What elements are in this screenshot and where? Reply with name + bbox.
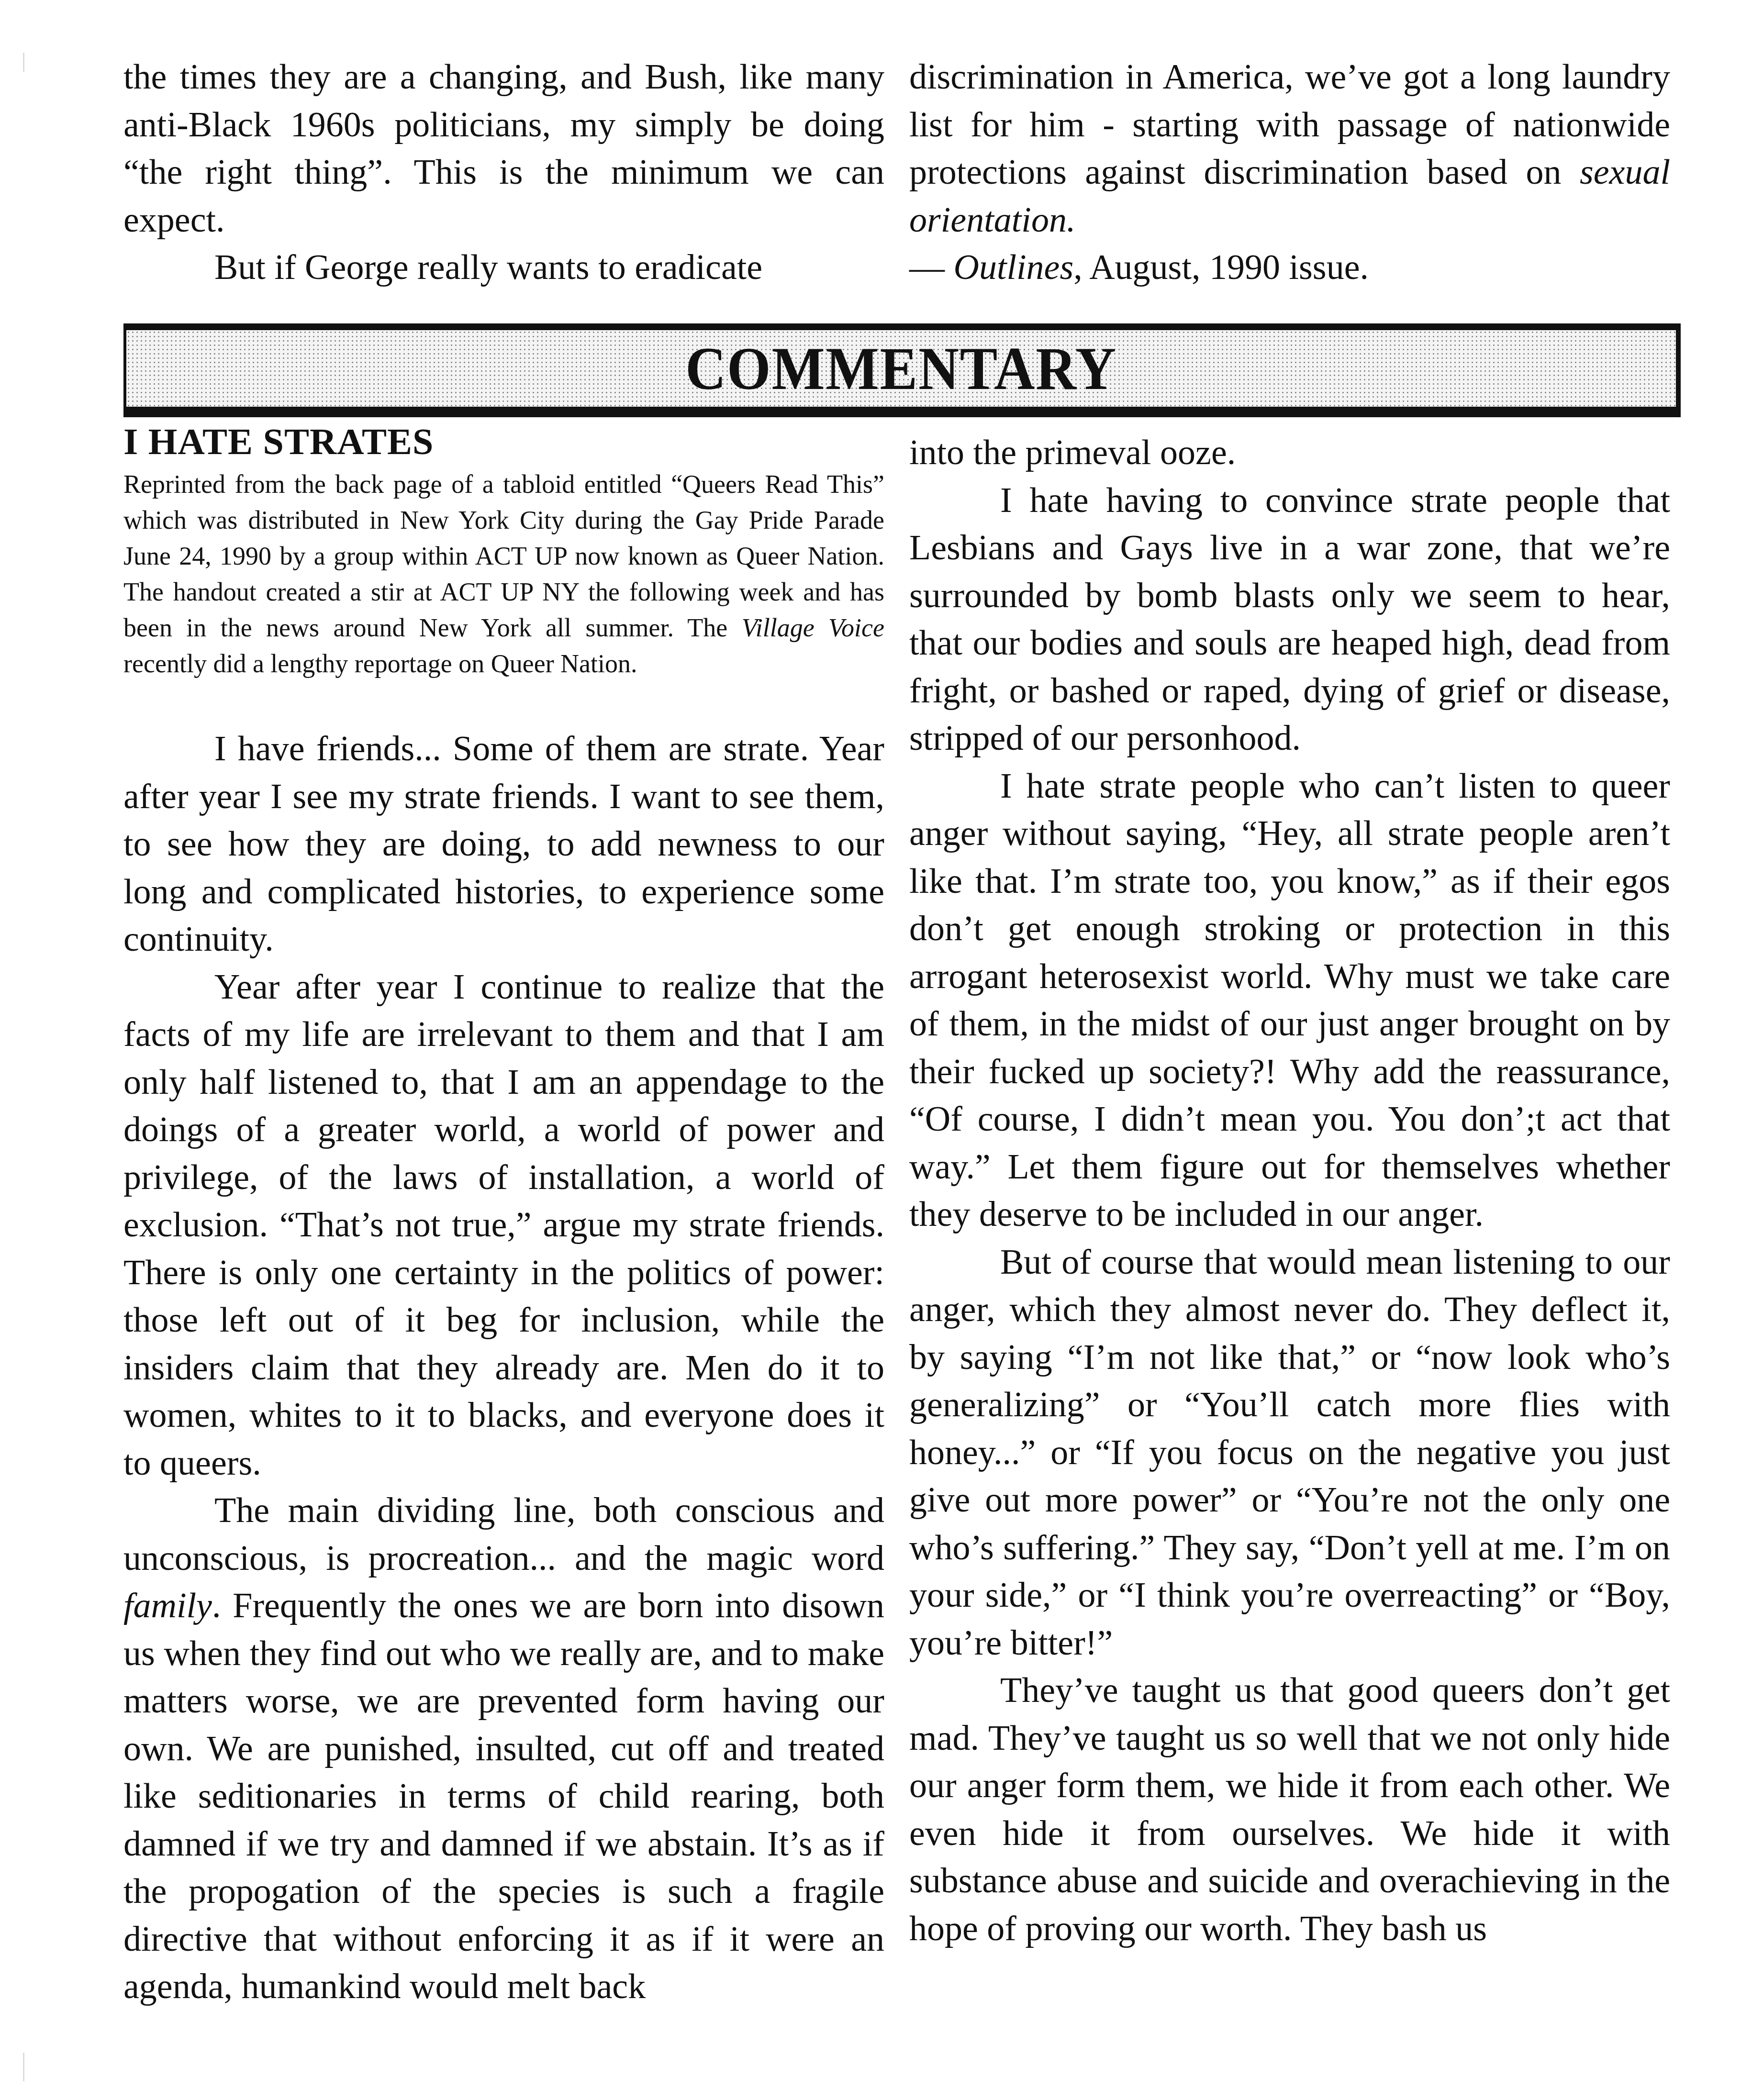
previous-article-right-column: discrimination in America, we’ve got a l… — [909, 54, 1670, 292]
paragraph-continuation: into the primeval ooze. — [909, 429, 1670, 477]
article-right-column: into the primeval ooze. I hate having to… — [909, 429, 1670, 1953]
article-left-column: I have friends... Some of them are strat… — [123, 725, 884, 2011]
section-title: COMMENTARY — [685, 338, 1117, 399]
citation-date: , August, 1990 issue. — [1073, 248, 1369, 287]
section-banner: COMMENTARY — [123, 323, 1681, 417]
paragraph: discrimination in America, we’ve got a l… — [909, 54, 1670, 244]
source-citation: — Outlines, August, 1990 issue. — [909, 244, 1670, 292]
intro-text: recently did a lengthy reportage on Quee… — [123, 649, 637, 678]
paragraph: I hate strate people who can’t listen to… — [909, 763, 1670, 1239]
scan-artifact — [23, 53, 24, 72]
paragraph-text: discrimination in America, we’ve got a l… — [909, 57, 1670, 192]
paragraph-text: . Frequently the ones we are born into d… — [123, 1586, 884, 2006]
article-intro-note: Reprinted from the back page of a tabloi… — [123, 467, 884, 682]
newsletter-page: the times they are a changing, and Bush,… — [0, 0, 1752, 2100]
emphasis: family — [123, 1586, 212, 1625]
paragraph-text: The main dividing line, both conscious a… — [123, 1491, 884, 1578]
paragraph: Year after year I continue to realize th… — [123, 964, 884, 1488]
scan-artifact — [23, 2053, 24, 2081]
publication-name: Village Voice — [742, 613, 884, 642]
previous-article-left-column: the times they are a changing, and Bush,… — [123, 54, 884, 292]
paragraph: the times they are a changing, and Bush,… — [123, 54, 884, 244]
article-headline: I HATE STRATES — [123, 420, 434, 463]
citation-dash: — — [909, 248, 945, 287]
publication-name: Outlines — [954, 248, 1074, 287]
paragraph: But of course that would mean listening … — [909, 1239, 1670, 1667]
paragraph: But if George really wants to eradicate — [123, 244, 884, 292]
paragraph: I hate having to convince strate people … — [909, 477, 1670, 763]
paragraph: I have friends... Some of them are strat… — [123, 725, 884, 964]
paragraph: They’ve taught us that good queers don’t… — [909, 1667, 1670, 1953]
paragraph: The main dividing line, both conscious a… — [123, 1487, 884, 2011]
